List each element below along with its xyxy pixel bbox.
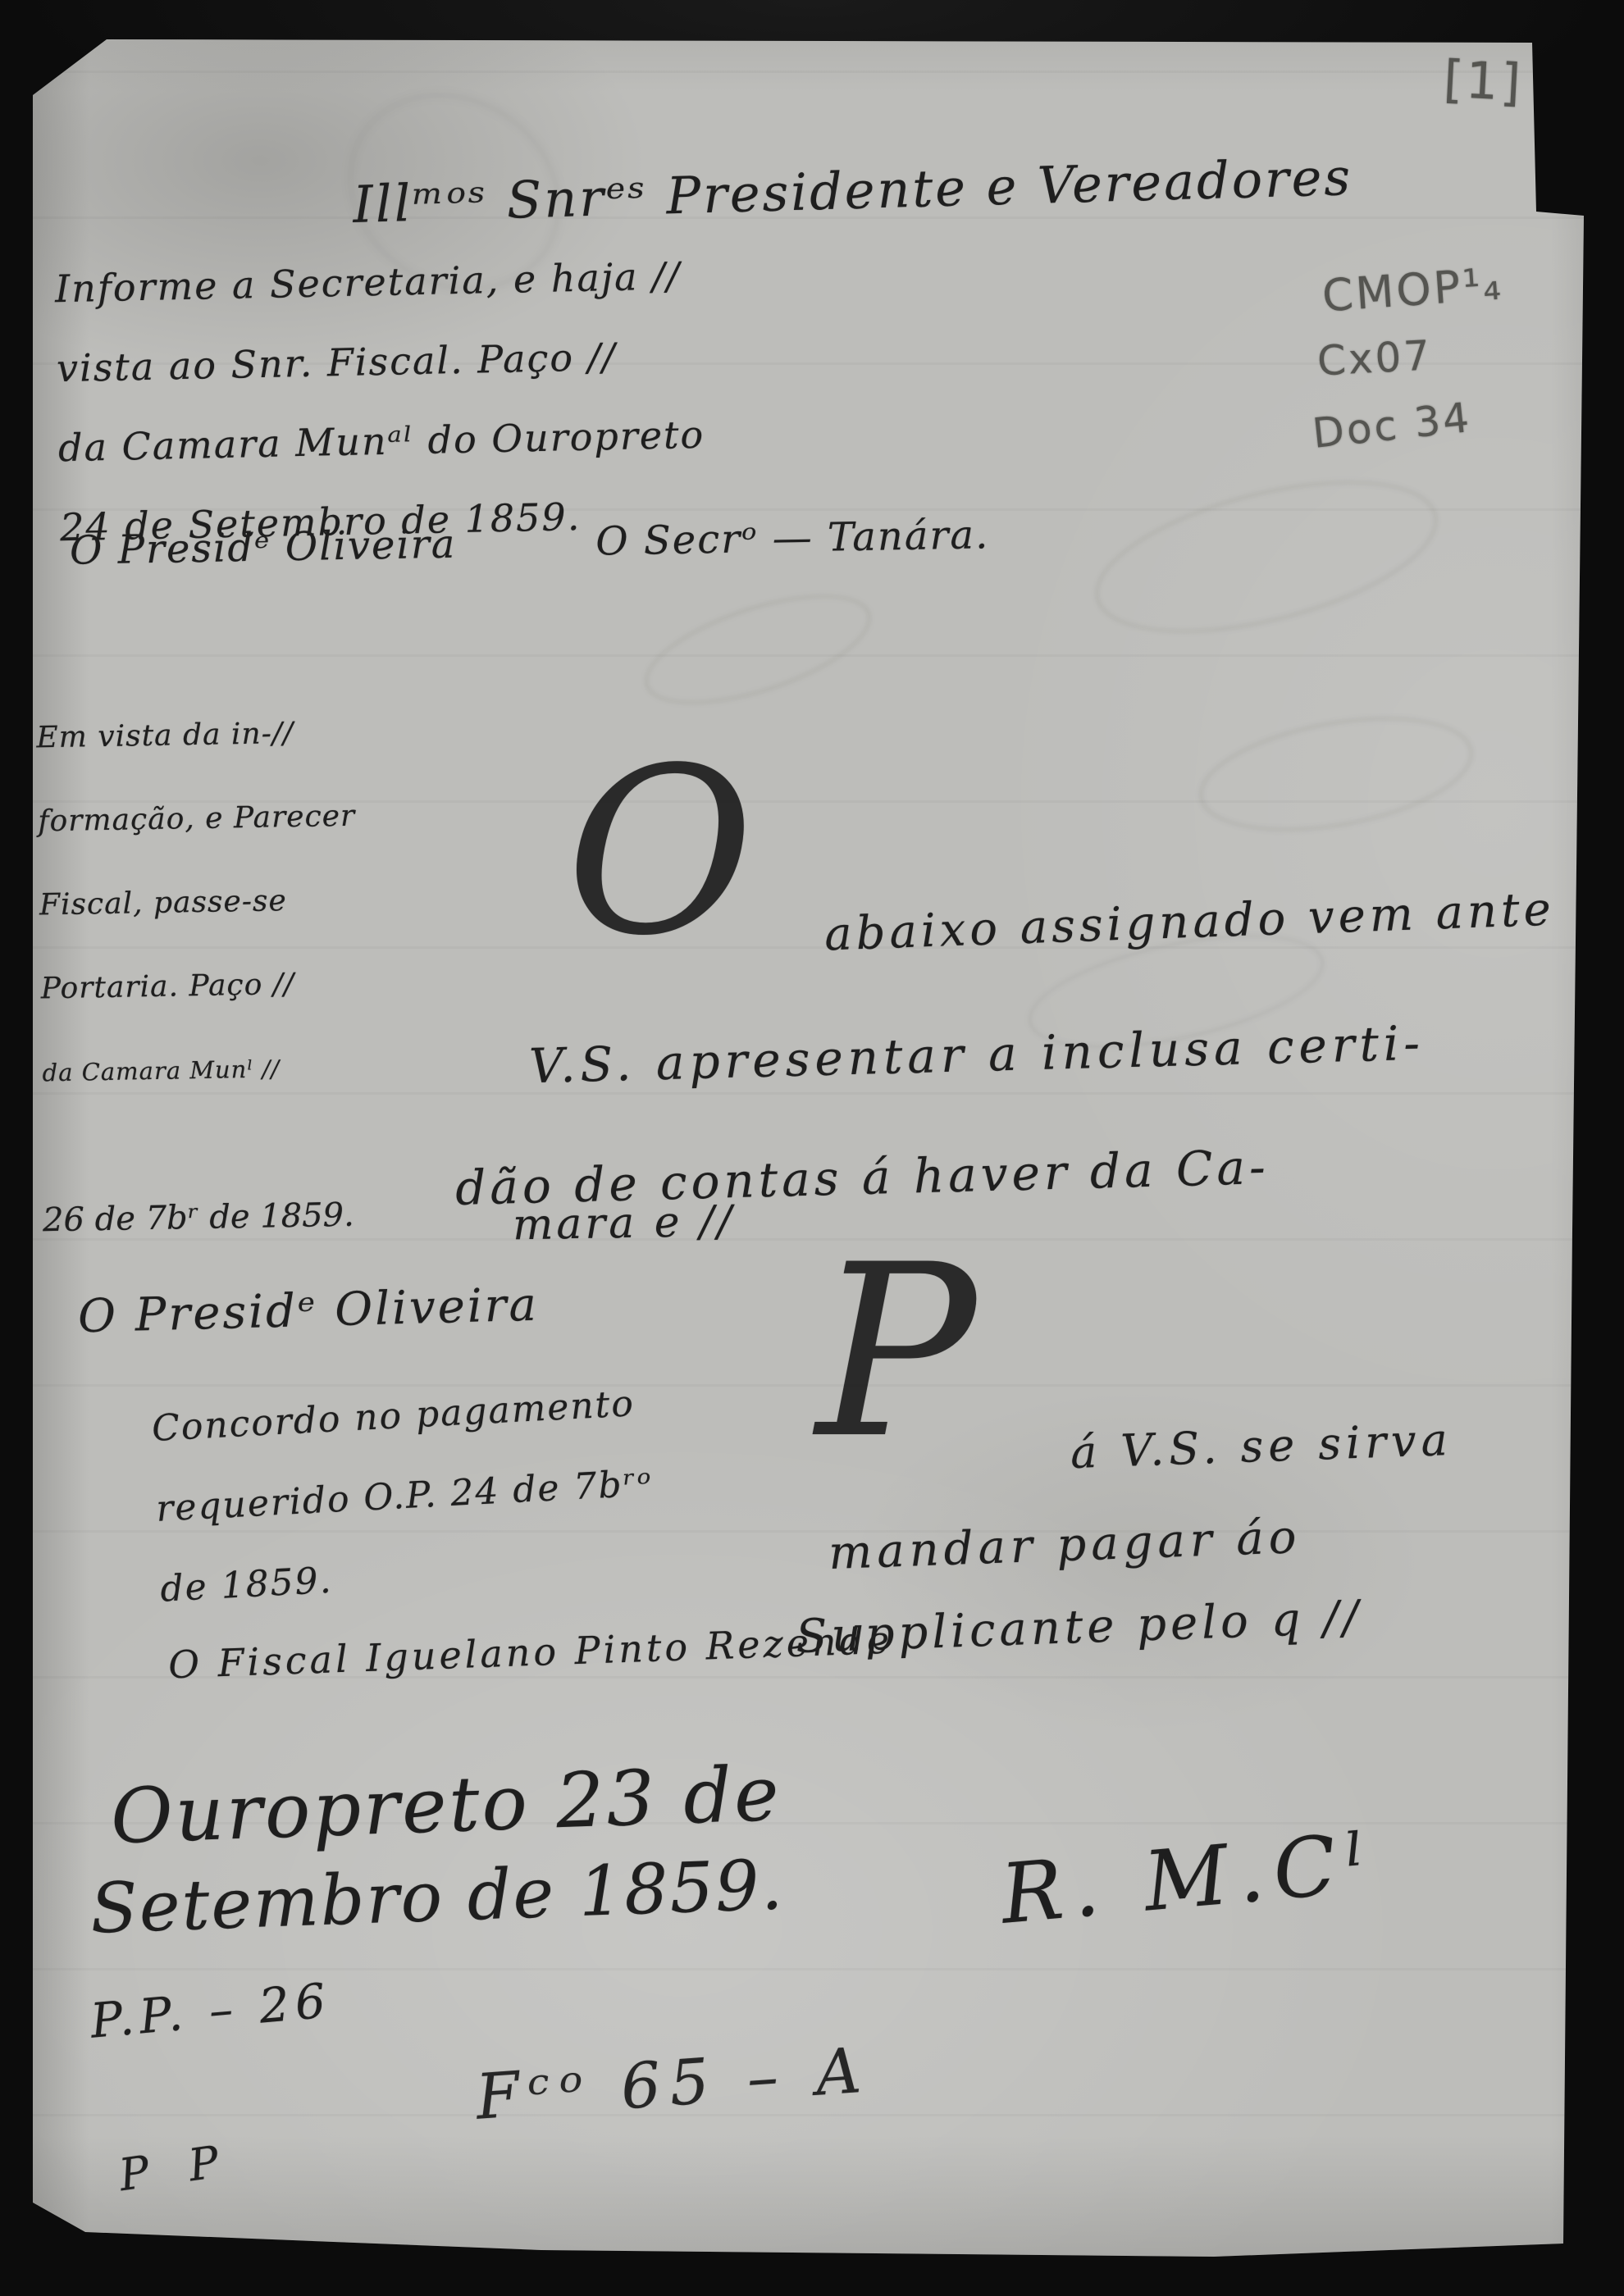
fiscal-signature: O Fiscal Iguelano Pinto Rezende [167, 1618, 893, 1688]
archive-doc-mark: Doc 34 [1311, 394, 1474, 458]
secretary-signature: O Secrᵒ — Tanára. [595, 512, 990, 564]
margin-note-line: Em vista da in-// [36, 691, 355, 781]
annotation-pp: P P [116, 2134, 235, 2202]
dispatch-line: Informe a Secretaria, e haja // [54, 236, 702, 329]
dateline: Setembro de 1859. [89, 1844, 786, 1948]
margin-note-line: formação, e Parecer [37, 775, 356, 864]
dispatch-line: da Camara Munᵃˡ do Ouropreto [57, 395, 705, 488]
fiscal-note: Concordo no pagamento requerido O.P. 24 … [150, 1363, 659, 1629]
closing-initial-letter: P [816, 1234, 976, 1472]
petition-initial-letter: O [566, 738, 755, 968]
closing-line: mandar pagar áo [828, 1510, 1302, 1580]
annotation-scrawl: Fᶜᵒ 65 – A [473, 2033, 872, 2133]
closing-line: Supplicante pelo q // [795, 1591, 1363, 1664]
dispatch-line: vista ao Snr. Fiscal. Paço // [56, 316, 704, 408]
petition-line: abaixo assignado vem ante [823, 882, 1556, 961]
margin-note-signature: O Presidᵉ Oliveira [77, 1278, 539, 1344]
document-heading: Illᵐᵒˢ Snrᵉˢ Presidente e Vereadores [352, 147, 1353, 235]
manuscript-page: [1] CMOP¹₄ Cx07 Doc 34 Illᵐᵒˢ Snrᵉˢ Pres… [0, 0, 1624, 2296]
bleedthrough-ghost [1190, 699, 1481, 850]
margin-note-line: da Camara Munˡ // [42, 1026, 361, 1115]
president-signature: O Presidᵉ Oliveira [70, 522, 457, 574]
margin-note: Em vista da in-// formação, e Parecer Fi… [36, 691, 361, 1115]
bleedthrough-ghost [1080, 452, 1453, 663]
margin-note-line: Portaria. Paço // [40, 942, 359, 1032]
petition-line: mara e // [512, 1197, 735, 1250]
closing-line: á V.S. se sirva [1070, 1414, 1453, 1478]
margin-note-line: Fiscal, passe-se [39, 859, 358, 948]
archive-box-mark: Cx07 [1316, 331, 1434, 385]
rubric-signature: R. M.Cˡ [997, 1814, 1380, 1942]
bleedthrough-ghost [632, 572, 883, 727]
page-number-mark: [1] [1442, 49, 1525, 113]
archive-fond-mark: CMOP¹₄ [1321, 257, 1505, 321]
margin-note-date: 26 de 7bʳ de 1859. [43, 1196, 355, 1240]
dateline: Ouropreto 23 de [109, 1750, 782, 1861]
annotation-pp26: P.P. – 26 [89, 1972, 334, 2048]
petition-line: V.S. apresentar a inclusa certi- [528, 1015, 1425, 1095]
